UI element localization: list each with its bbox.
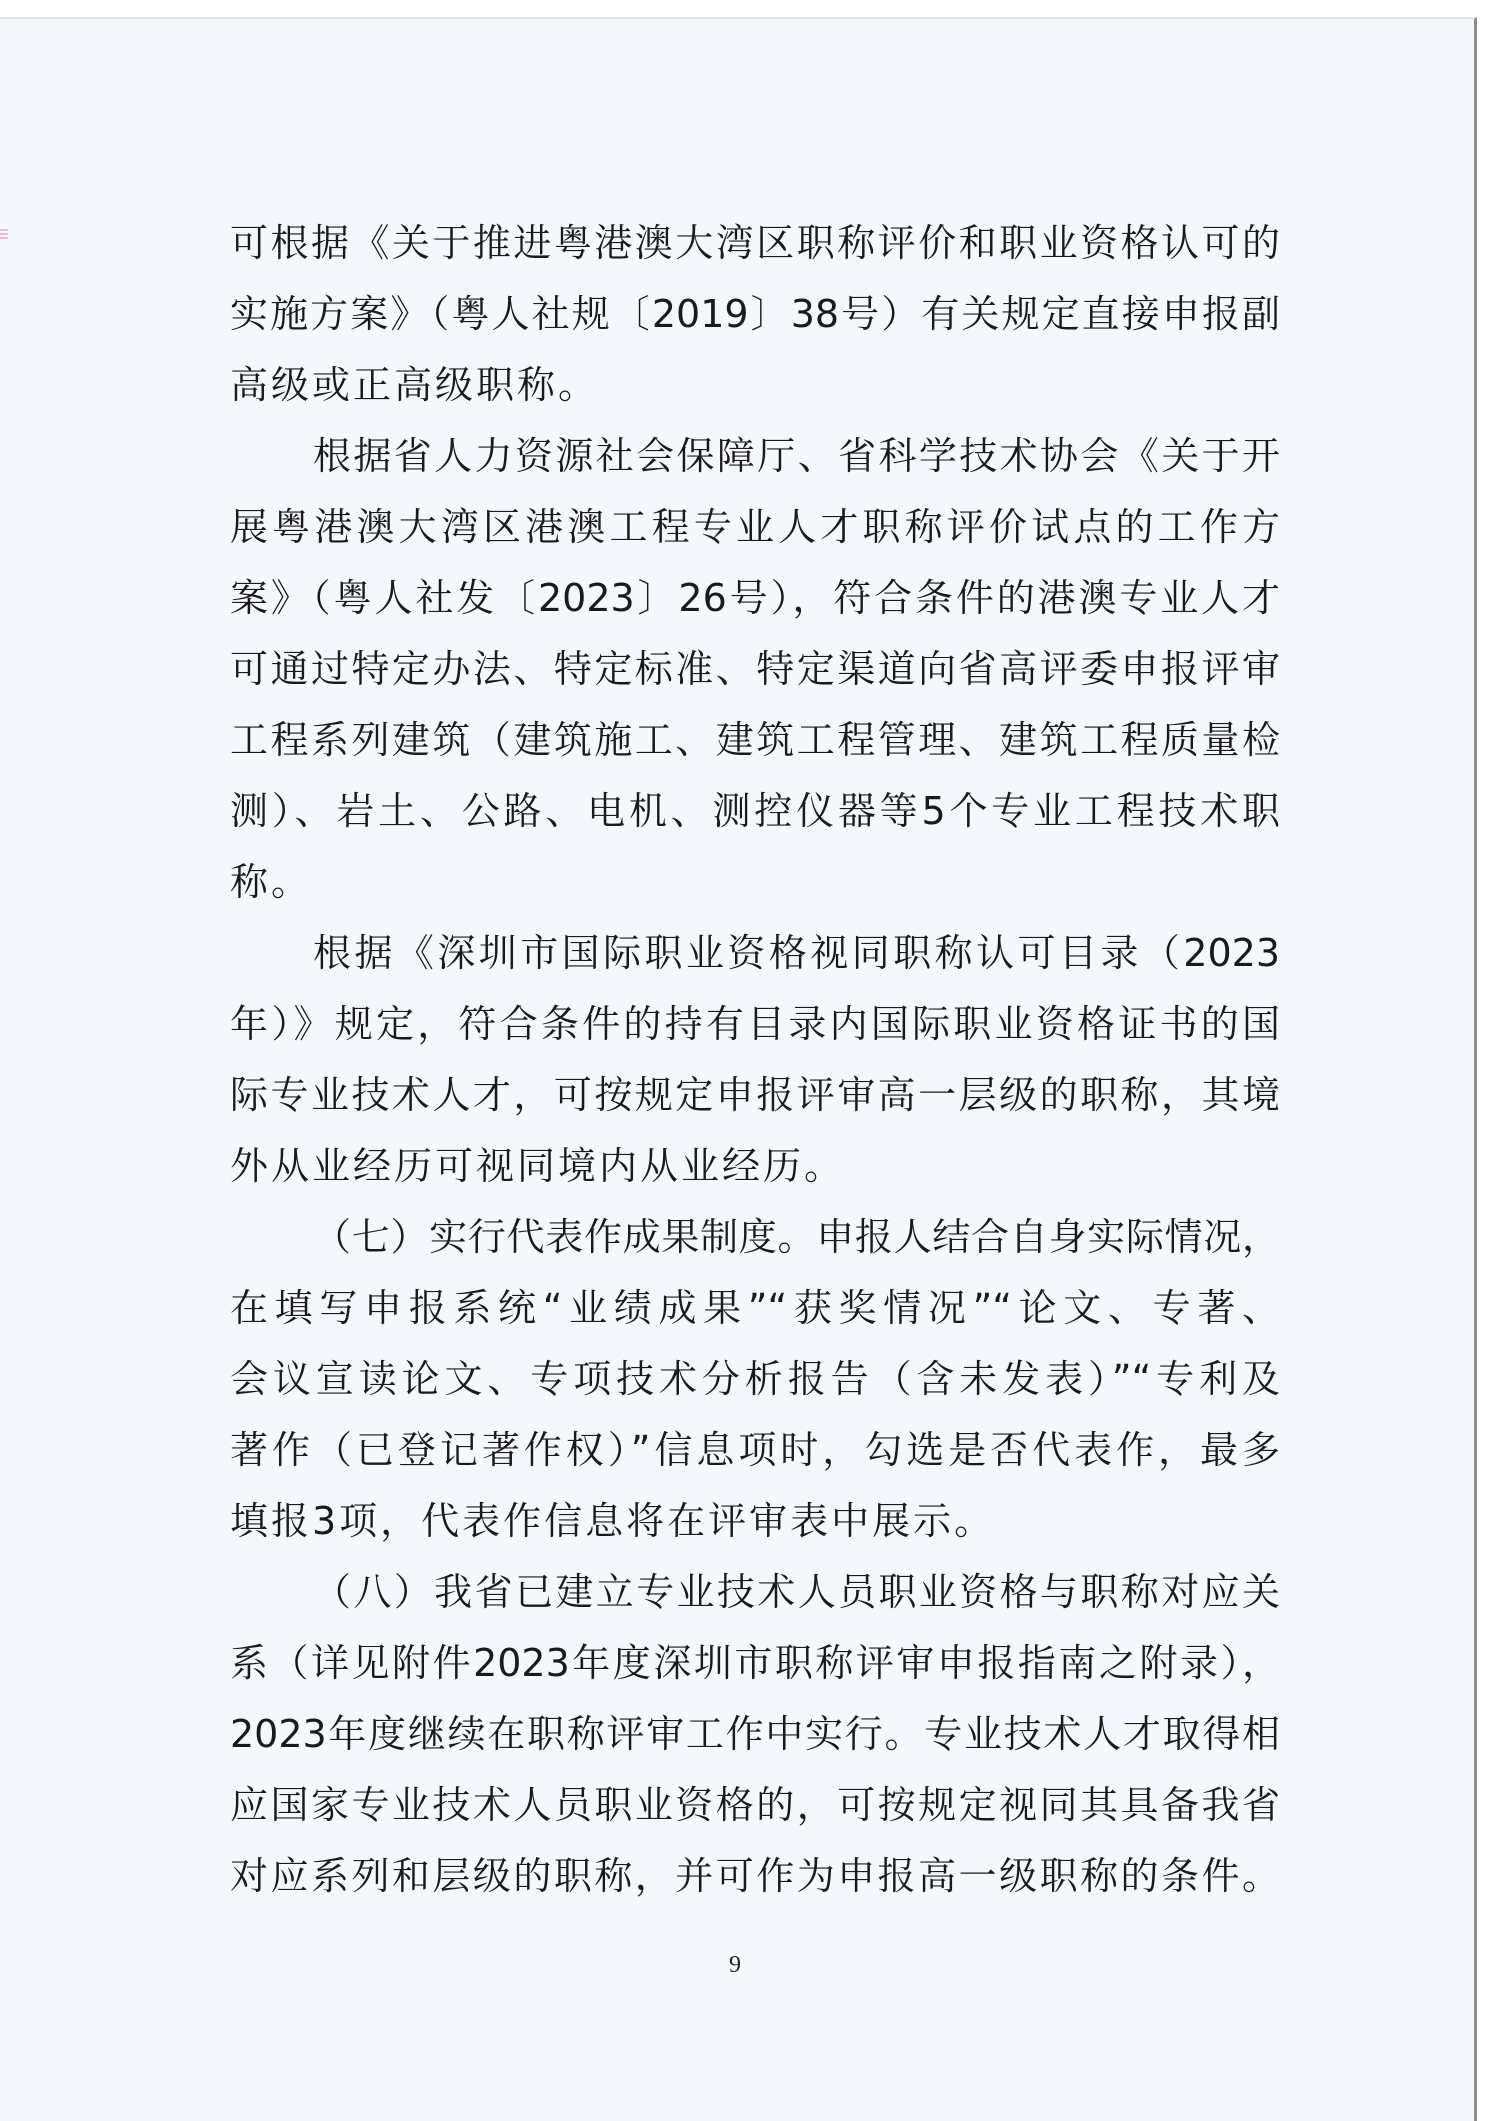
paragraph-line: 系（详见附件2023年度深圳市职称评审申报指南之附录），	[230, 1638, 1280, 1688]
paragraph-line: 填报3项，代表作信息将在评审表中展示。	[230, 1496, 1280, 1546]
paragraph-line: 称。	[230, 857, 1280, 907]
section-heading-line: （八）我省已建立专业技术人员职业资格与职称对应关	[313, 1567, 1280, 1617]
paragraph-line: 著作（已登记著作权）”信息项时，勾选是否代表作，最多	[230, 1425, 1280, 1475]
paragraph-line: 可根据《关于推进粤港澳大湾区职称评价和职业资格认可的	[230, 218, 1280, 268]
paragraph-line: 实施方案》（粤人社规〔2019〕38号）有关规定直接申报副	[230, 289, 1280, 339]
paragraph-line: 在填写申报系统“业绩成果”“获奖情况”“论文、专著、	[230, 1283, 1280, 1333]
paragraph-line: 可通过特定办法、特定标准、特定渠道向省高评委申报评审	[230, 644, 1280, 694]
paragraph-line: 根据省人力资源社会保障厅、省科学技术协会《关于开	[313, 431, 1280, 481]
paragraph-line: 测）、岩土、公路、电机、测控仪器等5个专业工程技术职	[230, 786, 1280, 836]
paragraph-line: 对应系列和层级的职称，并可作为申报高一级职称的条件。	[230, 1851, 1280, 1901]
paragraph-line: 会议宣读论文、专项技术分析报告（含未发表）”“专利及	[230, 1354, 1280, 1404]
paragraph-line: 展粤港澳大湾区港澳工程专业人才职称评价试点的工作方	[230, 502, 1280, 552]
section-heading-line: （七）实行代表作成果制度。申报人结合自身实际情况，	[313, 1212, 1280, 1262]
paragraph-line: 2023年度继续在职称评审工作中实行。专业技术人才取得相	[230, 1709, 1280, 1759]
paragraph-line: 高级或正高级职称。	[230, 360, 1280, 410]
paragraph-line: 根据《深圳市国际职业资格视同职称认可目录（2023	[313, 928, 1280, 978]
paragraph-line: 工程系列建筑（建筑施工、建筑工程管理、建筑工程质量检	[230, 715, 1280, 765]
margin-mark	[0, 229, 8, 239]
paragraph-line: 案》（粤人社发〔2023〕26号），符合条件的港澳专业人才	[230, 573, 1280, 623]
page-number: 9	[720, 1950, 750, 1980]
paragraph-line: 应国家专业技术人员职业资格的，可按规定视同其具备我省	[230, 1780, 1280, 1830]
paragraph-line: 年）》规定，符合条件的持有目录内国际职业资格证书的国	[230, 999, 1280, 1049]
paragraph-line: 际专业技术人才，可按规定申报评审高一层级的职称，其境	[230, 1070, 1280, 1120]
paragraph-line: 外从业经历可视同境内从业经历。	[230, 1141, 1280, 1191]
